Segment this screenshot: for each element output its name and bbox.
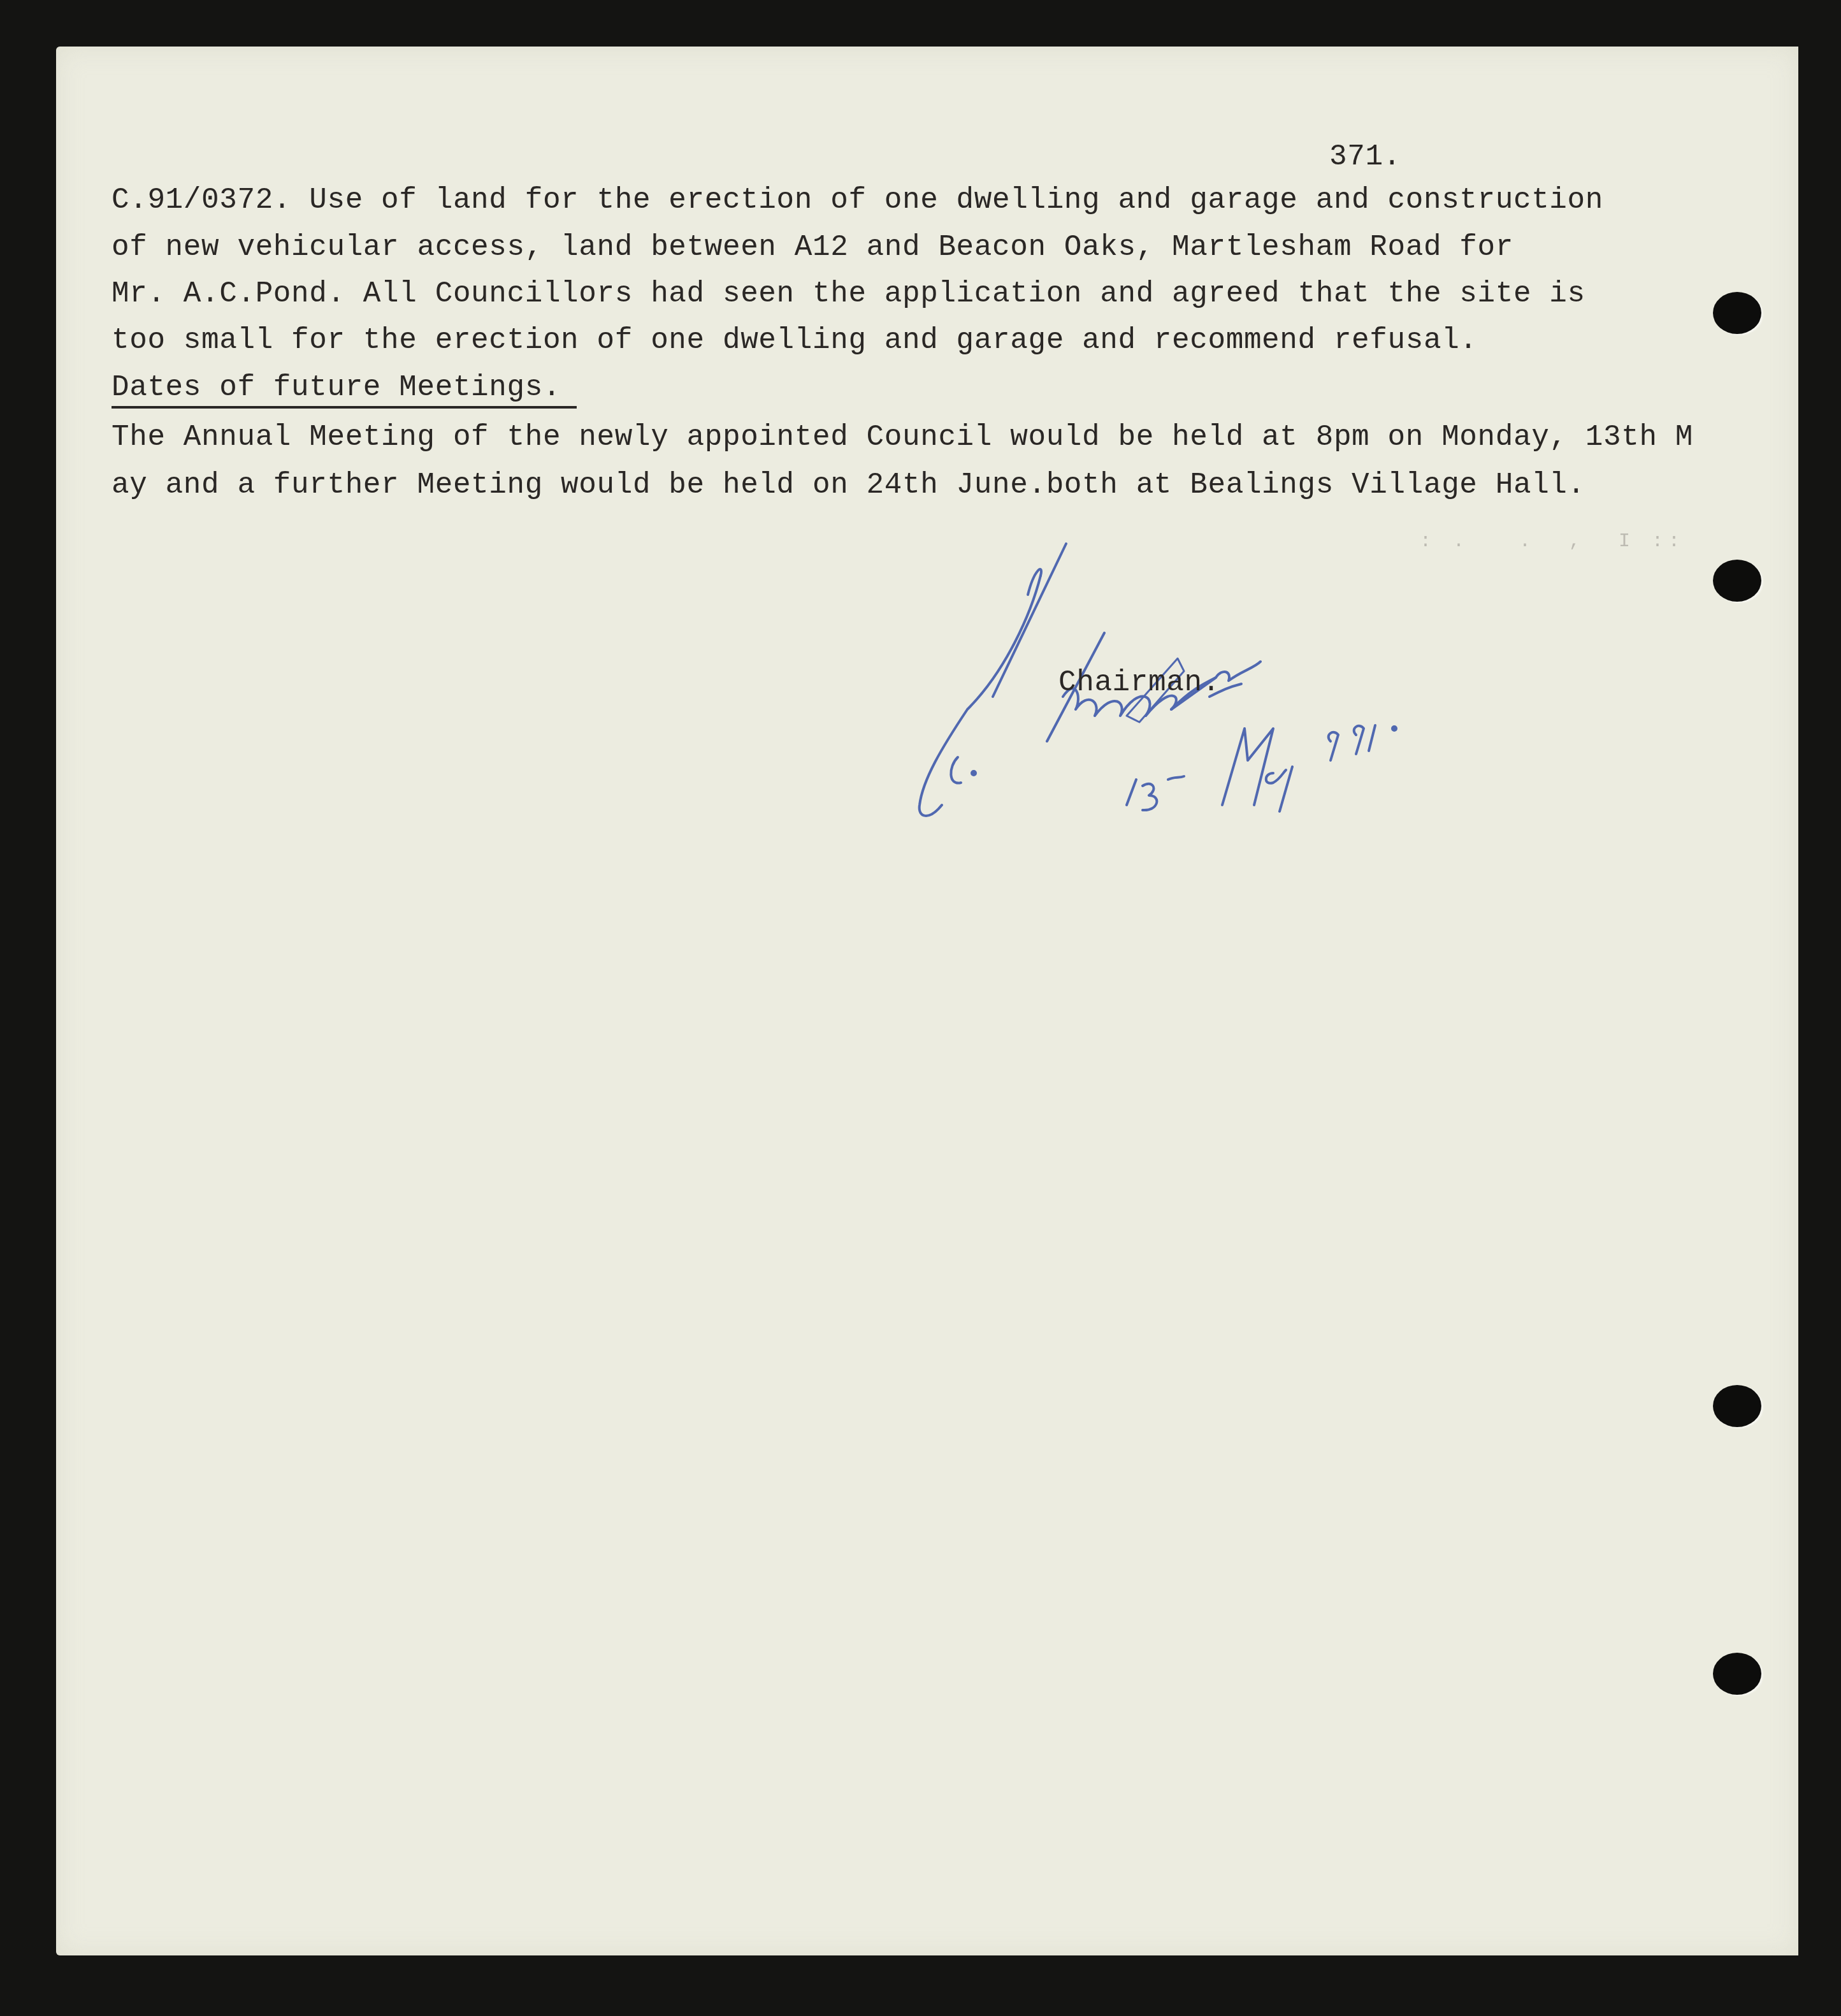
future-meetings-heading-text: Dates of future Meetings	[112, 371, 543, 404]
heading-underline	[112, 406, 577, 409]
punch-hole	[1713, 1653, 1761, 1695]
future-meetings-line-2: ay and a further Meeting would be held o…	[112, 470, 1585, 500]
punch-hole	[1713, 560, 1761, 602]
punch-hole	[1713, 292, 1761, 334]
planning-application-line-4: too small for the erection of one dwelli…	[112, 326, 1478, 355]
page-number: 371.	[1329, 142, 1401, 171]
document-page: 371. C.91/0372. Use of land for the erec…	[56, 47, 1798, 1955]
chairman-label: Chairman.	[1058, 668, 1220, 697]
punch-hole	[1713, 1385, 1761, 1427]
planning-application-line-1: C.91/0372. Use of land for the erection …	[112, 185, 1603, 215]
future-meetings-line-1: The Annual Meeting of the newly appointe…	[112, 423, 1693, 452]
planning-application-line-3: Mr. A.C.Pond. All Councillors had seen t…	[112, 279, 1585, 308]
planning-application-line-2: of new vehicular access, land between A1…	[112, 233, 1513, 262]
heading-period: .	[543, 371, 561, 404]
future-meetings-heading: Dates of future Meetings.	[112, 373, 561, 402]
